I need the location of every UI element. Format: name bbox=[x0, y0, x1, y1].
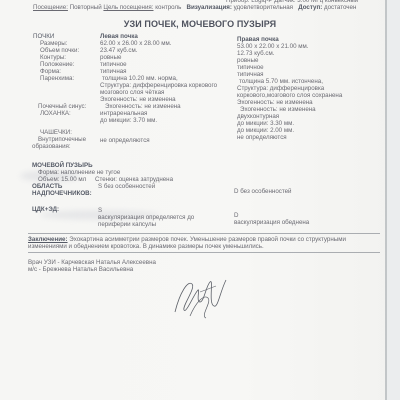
left-sinus-value: Эхогенность: не изменена bbox=[105, 103, 181, 110]
right-calyx-value: до микции: 2.00 мм. bbox=[237, 127, 294, 134]
left-pelvis-value: интраренальная bbox=[100, 110, 147, 117]
doctor-name: Врач УЗИ - Карчевская Наталья Алексеевна bbox=[28, 259, 156, 266]
left-formations-value: не определяются bbox=[100, 137, 150, 144]
right-parenchyma-structure-2: коркового,мозгового слоя сохранена bbox=[237, 92, 342, 99]
visualization-value: удовлетворительная bbox=[234, 4, 293, 11]
right-value: толщина 5.70 мм. истончена, bbox=[239, 78, 323, 85]
cdk-left-line1: васкуляризация определяется до bbox=[98, 214, 194, 221]
row-label: Объем почки: bbox=[40, 47, 79, 54]
left-adrenal-value: S без особенностей bbox=[98, 183, 155, 190]
left-value: толщина 10.20 мм. норма, bbox=[102, 75, 178, 82]
formations-label: Внутрипочечные bbox=[38, 136, 86, 143]
left-value: 23.47 куб.см. bbox=[100, 47, 137, 54]
right-adrenal-value: D без особенностей bbox=[234, 188, 292, 195]
visit-label: Посещение: bbox=[33, 4, 68, 11]
row-label: Форма: bbox=[40, 68, 61, 75]
row-label: Положение: bbox=[40, 61, 74, 68]
right-sinus-value: Эхогенность: не изменена bbox=[240, 106, 316, 113]
row-label: Размеры: bbox=[40, 40, 67, 47]
right-value: типичное bbox=[237, 64, 264, 71]
left-kidney-header: Левая почка bbox=[100, 33, 138, 40]
calyx-label: ЧАШЕЧКИ: bbox=[40, 129, 72, 136]
adrenal-label-2: НАДПОЧЕЧНИКОВ: bbox=[32, 190, 92, 197]
left-parenchyma-structure-2: мозгового слоя чёткая bbox=[100, 89, 164, 96]
scanned-document-page: Прибор: Logiq-P Датчик: 3.00 МГц конвекс… bbox=[0, 0, 400, 400]
right-parenchyma-echo: Эхогенность: не изменена bbox=[237, 99, 313, 106]
bladder-walls: Стенки: оценка затруднена bbox=[95, 176, 173, 183]
right-kidney-header: Правая почка bbox=[237, 36, 279, 43]
signature-scribble bbox=[170, 272, 230, 322]
nurse-name: м/с - Брежнева Наталья Васильевна bbox=[28, 266, 133, 273]
bladder-section-label: МОЧЕВОЙ ПУЗЫРЬ bbox=[32, 162, 93, 169]
cdk-right-line1: васкуляризация обеднена bbox=[234, 219, 309, 226]
access-value: достаточен bbox=[324, 4, 356, 11]
kidneys-section-label: ПОЧКИ bbox=[33, 33, 54, 40]
right-formations-value: не определяются bbox=[237, 134, 287, 141]
document-title: УЗИ ПОЧЕК, МОЧЕВОГО ПУЗЫРЯ bbox=[0, 19, 400, 29]
left-value: типичное bbox=[100, 61, 127, 68]
purpose-label: Цель посещения: bbox=[103, 4, 153, 11]
right-value: ровные bbox=[237, 57, 258, 64]
left-parenchyma-structure: Структура: дифференцировка коркового bbox=[100, 82, 217, 89]
left-value: 62.00 x 26.00 x 28.00 мм. bbox=[100, 40, 171, 47]
right-pelvis-micturition: до микции: 3.30 мм. bbox=[237, 120, 294, 127]
sinus-label: Почечный синус: bbox=[38, 103, 86, 110]
purpose-value: контроль bbox=[155, 4, 181, 11]
visit-info: Посещение: Повторный Цель посещения: кон… bbox=[33, 4, 356, 11]
left-value: типичная bbox=[100, 68, 127, 75]
right-pelvis-value: двухконтурная bbox=[237, 113, 279, 120]
conclusion-line2: изменениями и обеднением кровотока. В ди… bbox=[28, 243, 264, 250]
page-edge-line bbox=[385, 0, 387, 400]
conclusion-label: Заключение: bbox=[28, 236, 68, 243]
adrenal-label: ОБЛАСТЬ bbox=[32, 183, 62, 190]
access-label: Доступ: bbox=[298, 4, 322, 11]
divider-bottom bbox=[28, 252, 380, 253]
left-parenchyma-echo: Эхогенность: не изменена bbox=[100, 96, 176, 103]
conclusion-text-1: Эхокартина асимметрии размеров почек. Ум… bbox=[69, 236, 346, 243]
divider-top bbox=[28, 233, 380, 234]
visit-value: Повторный bbox=[70, 4, 102, 11]
bladder-shape: Форма: наполнение не тугое bbox=[38, 169, 120, 176]
cdk-label: ЦДК+ЭД: bbox=[32, 206, 59, 213]
bladder-volume: Объем: 15.00 мл bbox=[38, 176, 86, 183]
pelvis-label: ЛОХАНКА: bbox=[40, 110, 71, 117]
conclusion-line1: Заключение: Эхокартина асимметрии размер… bbox=[28, 236, 346, 243]
right-value: 53.00 x 22.00 x 21.00 мм. bbox=[237, 43, 308, 50]
cdk-right-side: D bbox=[234, 212, 238, 219]
row-label: Паренхима: bbox=[40, 75, 74, 82]
right-parenchyma-structure: Структура: дифференцировка bbox=[237, 85, 324, 92]
right-value: типичная bbox=[237, 71, 264, 78]
formations-label-2: образования: bbox=[32, 143, 71, 150]
cdk-left-line2: периферии капсулы bbox=[98, 221, 156, 228]
row-label: Контуры: bbox=[40, 54, 66, 61]
right-value: 12.73 куб.см. bbox=[237, 50, 274, 57]
cdk-left-side: S bbox=[98, 207, 102, 214]
left-pelvis-micturition: до микции: 3.70 мм. bbox=[100, 117, 157, 124]
left-value: ровные bbox=[100, 54, 121, 61]
page-edge-shadow bbox=[387, 0, 400, 400]
visualization-label: Визуализация: bbox=[186, 4, 231, 11]
